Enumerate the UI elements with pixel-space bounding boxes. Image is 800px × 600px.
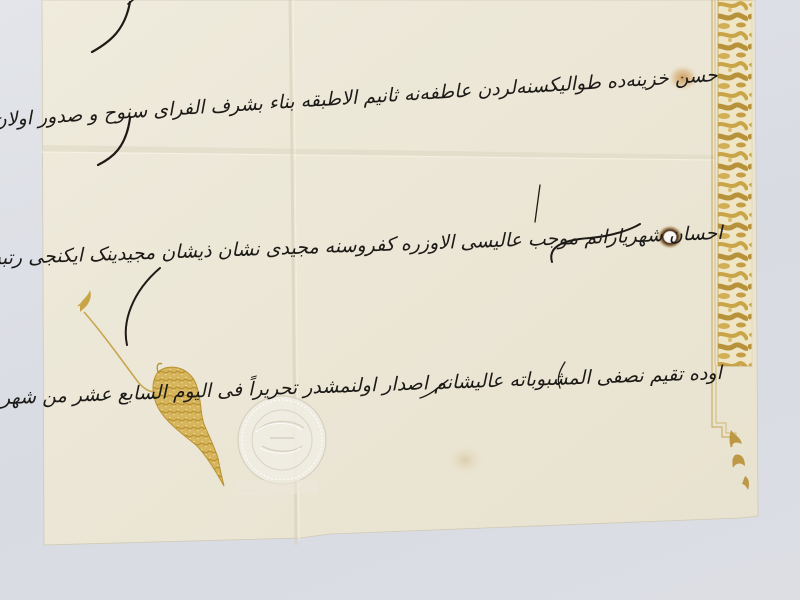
seal-legend: ........ bbox=[238, 484, 271, 495]
